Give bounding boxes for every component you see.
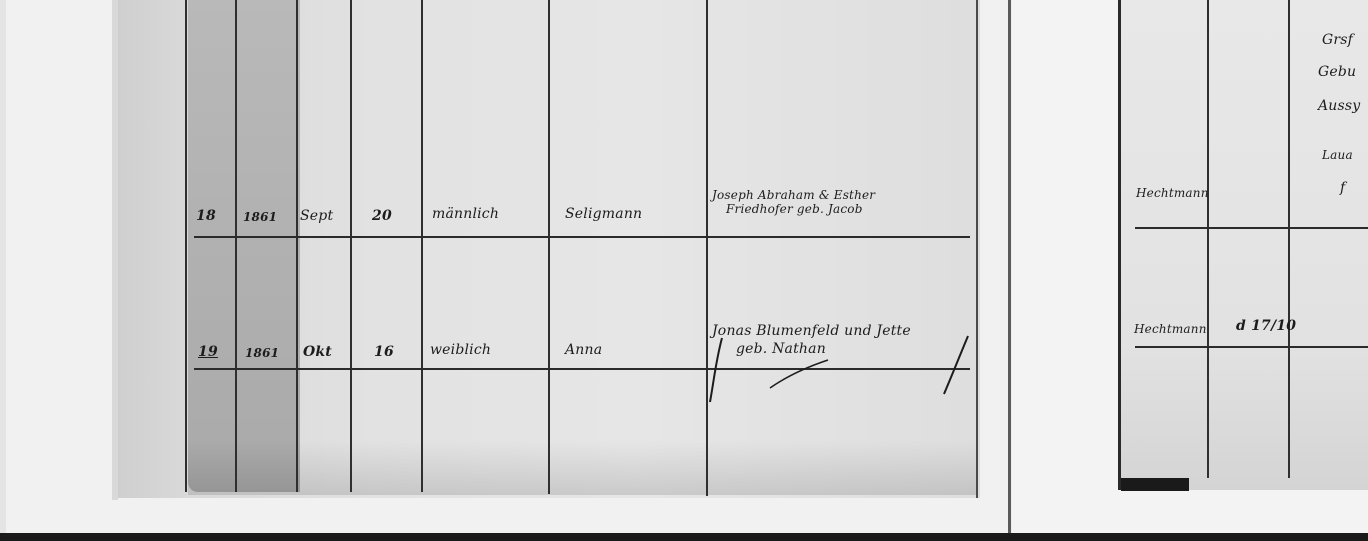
column-rule xyxy=(1207,0,1209,478)
column-rule xyxy=(185,0,187,492)
entry-month: Sept xyxy=(300,208,333,224)
column-rule xyxy=(235,0,237,492)
scanned-document: 18 1861 Sept 20 männlich Seligmann Josep… xyxy=(0,0,1368,541)
left-edge-shadow xyxy=(0,0,6,533)
column-fragment: Laua xyxy=(1322,148,1353,162)
scan-bottom-border xyxy=(0,533,1368,541)
entry-name: Anna xyxy=(565,342,602,358)
entry-sex: männlich xyxy=(432,206,499,222)
remark: Hechtmann xyxy=(1136,186,1209,200)
column-fragment: f xyxy=(1340,180,1345,196)
entry-sex: weiblich xyxy=(430,342,491,358)
column-fragment: Gebu xyxy=(1318,64,1356,80)
page-corner-shadow xyxy=(1121,478,1189,491)
entry-parents: Joseph Abraham & Esther Friedhofer geb. … xyxy=(712,188,962,216)
column-fragment: Aussy xyxy=(1318,98,1360,114)
book-gutter xyxy=(1008,0,1011,535)
remark: Hechtmann xyxy=(1134,322,1207,336)
column-rule xyxy=(706,0,708,496)
column-rule xyxy=(1288,0,1290,478)
entry-day: 20 xyxy=(372,208,392,224)
parents-line-1: Joseph Abraham & Esther xyxy=(712,188,962,202)
column-rule xyxy=(548,0,550,494)
entry-day: 16 xyxy=(374,344,394,360)
entry-number: 19 xyxy=(198,344,218,360)
column-rule xyxy=(296,0,298,492)
entry-number: 18 xyxy=(196,208,216,224)
page-edge-discoloration xyxy=(188,0,300,492)
row-rule xyxy=(1135,227,1368,229)
entry-year: 1861 xyxy=(243,210,277,224)
column-rule xyxy=(350,0,352,492)
column-fragment: Grsf xyxy=(1322,32,1353,48)
column-rule xyxy=(421,0,423,492)
parents-line-2: Friedhofer geb. Jacob xyxy=(712,202,962,216)
row-rule xyxy=(194,236,970,238)
handwriting-flourish xyxy=(700,330,990,410)
date-note: d 17/10 xyxy=(1236,318,1296,334)
column-rule xyxy=(976,0,978,498)
left-ledger-page xyxy=(118,0,980,498)
page-bottom-shadow xyxy=(188,440,978,495)
entry-month: Okt xyxy=(303,344,332,360)
entry-year: 1861 xyxy=(245,346,279,360)
entry-name: Seligmann xyxy=(565,206,642,222)
row-rule xyxy=(1135,346,1368,348)
